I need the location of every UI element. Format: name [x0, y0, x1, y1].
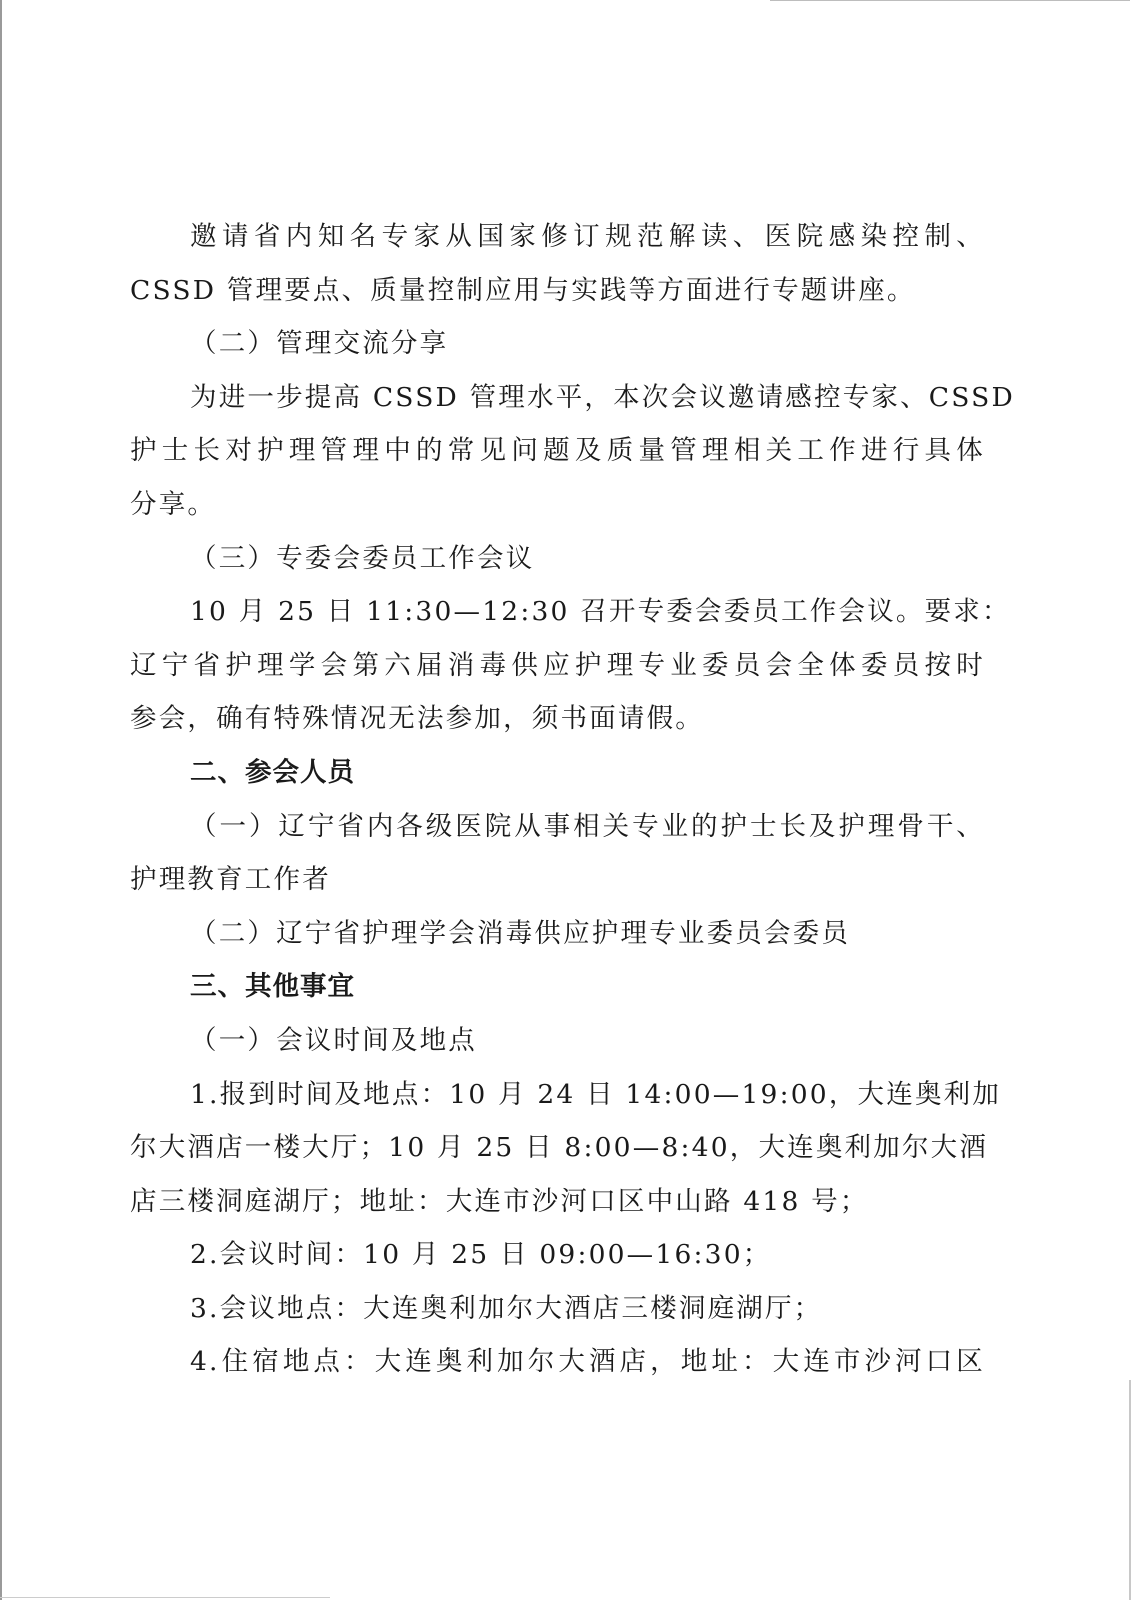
paragraph-lecture-intro: 邀请省内知名专家从国家修订规范解读、医院感染控制、 CSSD 管理要点、质量控制… — [130, 210, 985, 317]
paragraph-attendees-1: （一）辽宁省内各级医院从事相关专业的护士长及护理骨干、 护理教育工作者 — [130, 800, 985, 907]
text-line: （一）辽宁省内各级医院从事相关专业的护士长及护理骨干、 — [130, 800, 985, 854]
section-heading-text: 二、参会人员 — [130, 746, 985, 800]
text-line: （二）辽宁省护理学会消毒供应护理专业委员会委员 — [130, 907, 985, 961]
text-line: 分享。 — [130, 478, 985, 532]
section-heading-text: 三、其他事宜 — [130, 960, 985, 1014]
text-line: 店三楼洞庭湖厅；地址：大连市沙河口区中山路 418 号； — [130, 1175, 985, 1229]
scan-edge-left — [0, 0, 2, 1600]
scan-edge-bottom — [0, 1597, 330, 1598]
text-line: 为进一步提高 CSSD 管理水平，本次会议邀请感控专家、CSSD — [130, 371, 985, 425]
list-item-registration: 1.报到时间及地点：10 月 24 日 14:00—19:00，大连奥利加 尔大… — [130, 1068, 985, 1229]
text-line: 护理教育工作者 — [130, 853, 985, 907]
list-item-meeting-place: 3.会议地点：大连奥利加尔大酒店三楼洞庭湖厅； — [130, 1282, 985, 1336]
text-line: 邀请省内知名专家从国家修订规范解读、医院感染控制、 — [130, 210, 985, 264]
text-line: 参会，确有特殊情况无法参加，须书面请假。 — [130, 692, 985, 746]
subheading-text: （一）会议时间及地点 — [130, 1014, 985, 1068]
text-line: 辽宁省护理学会第六届消毒供应护理专业委员会全体委员按时 — [130, 639, 985, 693]
text-line: 10 月 25 日 11:30—12:30 召开专委会委员工作会议。要求： — [130, 585, 985, 639]
paragraph-attendees-2: （二）辽宁省护理学会消毒供应护理专业委员会委员 — [130, 907, 985, 961]
subheading-committee-meeting: （三）专委会委员工作会议 — [130, 532, 985, 586]
section-heading-other-matters: 三、其他事宜 — [130, 960, 985, 1014]
text-line: CSSD 管理要点、质量控制应用与实践等方面进行专题讲座。 — [130, 264, 985, 318]
list-item-lodging: 4.住宿地点：大连奥利加尔大酒店，地址：大连市沙河口区 — [130, 1335, 985, 1389]
paragraph-committee-meeting: 10 月 25 日 11:30—12:30 召开专委会委员工作会议。要求： 辽宁… — [130, 585, 985, 746]
paragraph-management-sharing: 为进一步提高 CSSD 管理水平，本次会议邀请感控专家、CSSD 护士长对护理管… — [130, 371, 985, 532]
list-item-meeting-time: 2.会议时间：10 月 25 日 09:00—16:30； — [130, 1228, 985, 1282]
scan-edge-top — [770, 0, 1130, 1]
subheading-time-place: （一）会议时间及地点 — [130, 1014, 985, 1068]
subheading-management-sharing: （二）管理交流分享 — [130, 317, 985, 371]
document-page-body: 邀请省内知名专家从国家修订规范解读、医院感染控制、 CSSD 管理要点、质量控制… — [130, 210, 985, 1389]
text-line: 护士长对护理管理中的常见问题及质量管理相关工作进行具体 — [130, 424, 985, 478]
text-line: 尔大酒店一楼大厅；10 月 25 日 8:00—8:40，大连奥利加尔大酒 — [130, 1121, 985, 1175]
text-line: 2.会议时间：10 月 25 日 09:00—16:30； — [130, 1228, 985, 1282]
text-line: 3.会议地点：大连奥利加尔大酒店三楼洞庭湖厅； — [130, 1282, 985, 1336]
text-line: 1.报到时间及地点：10 月 24 日 14:00—19:00，大连奥利加 — [130, 1068, 985, 1122]
subheading-text: （三）专委会委员工作会议 — [130, 532, 985, 586]
section-heading-attendees: 二、参会人员 — [130, 746, 985, 800]
text-line: 4.住宿地点：大连奥利加尔大酒店，地址：大连市沙河口区 — [130, 1335, 985, 1389]
subheading-text: （二）管理交流分享 — [130, 317, 985, 371]
